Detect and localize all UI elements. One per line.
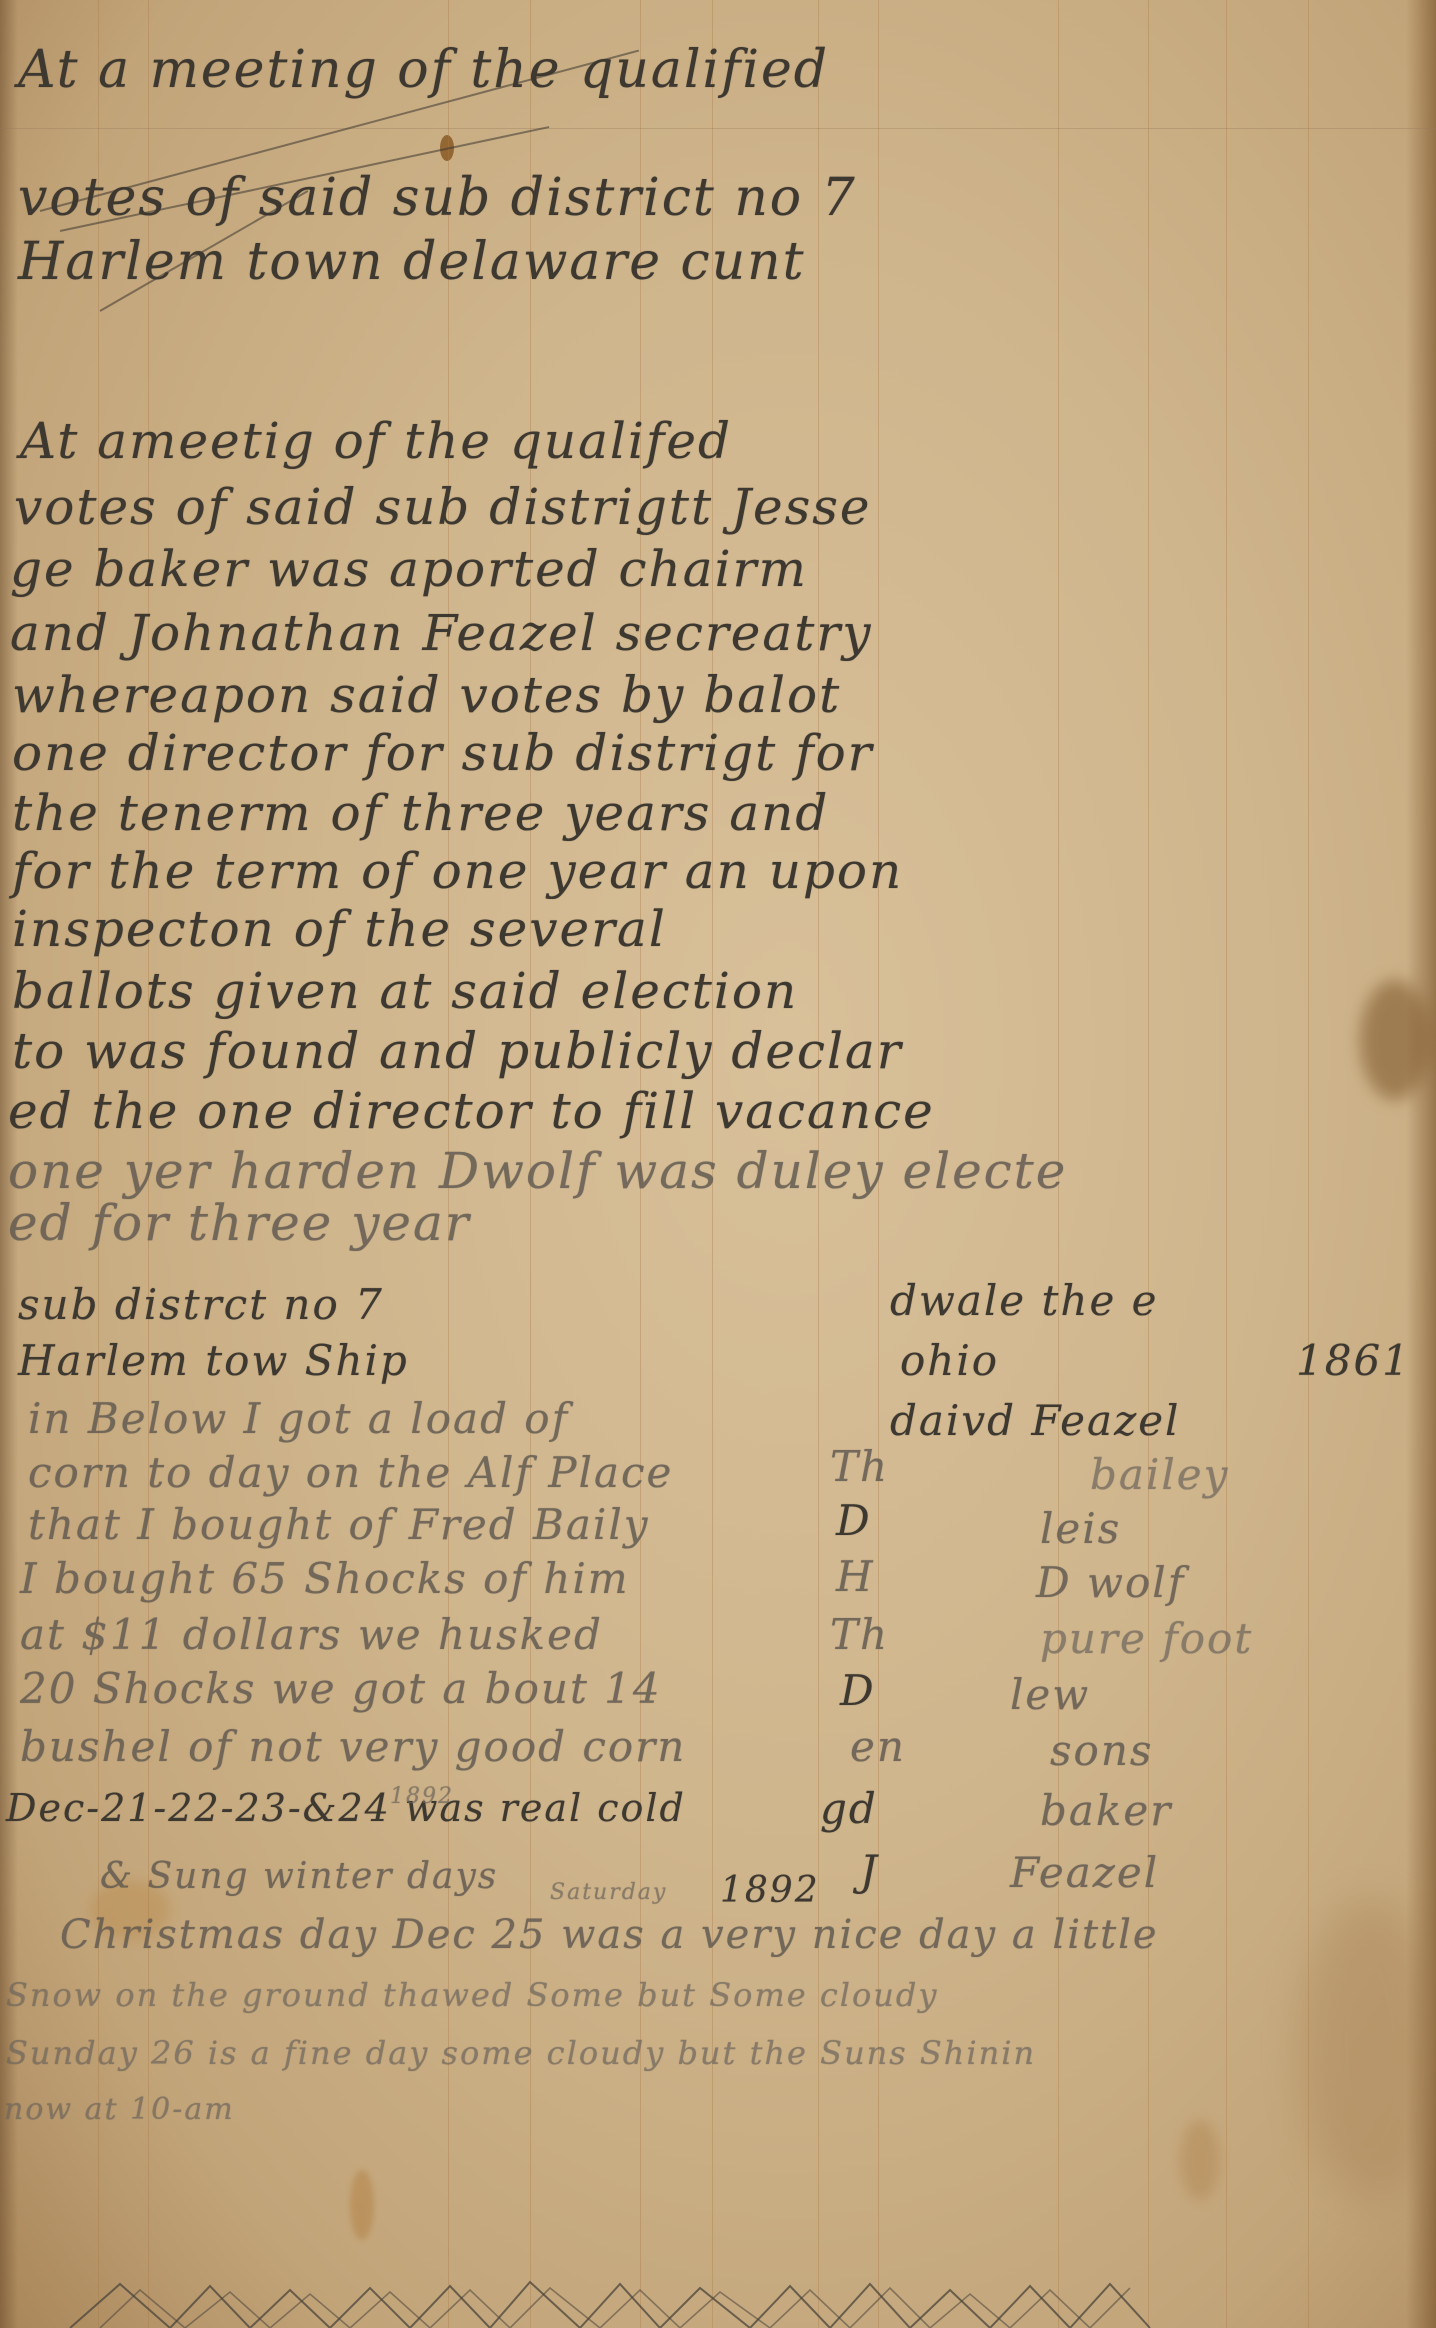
minutes-line: to was found and publicly declar [12,1022,903,1080]
overwritten-year: 1892 [390,1784,454,1809]
column-mark: Th [830,1610,889,1659]
ruled-column-line [1308,0,1309,2328]
notes-line: Harlem tow Ship [18,1336,409,1385]
diary-line: Christmas day Dec 25 was a very nice day… [60,1912,1159,1958]
right-column-line: daivd Feazel [890,1396,1180,1445]
water-stain [1180,2120,1220,2200]
header-line-3: Harlem town delaware cunt [18,232,806,292]
ledger-page: At a meeting of the qualified votes of s… [0,0,1436,2328]
minutes-line: one director for sub distrigt for [12,724,874,782]
minutes-line: inspecton of the several [12,900,667,958]
minutes-line: for the term of one year an upon [12,842,903,900]
column-mark: H [836,1552,875,1601]
diary-line: now at 10-am [4,2092,235,2127]
minutes-line: the tenerm of three years and [12,784,829,842]
right-column-line: D wolf [1036,1558,1185,1607]
overwritten-day: Saturday [550,1880,667,1905]
diary-line: Snow on the ground thawed Some but Some … [6,1976,938,2014]
column-mark: Th [830,1442,889,1491]
minutes-line: one yer harden Dwolf was duley electe [8,1142,1067,1200]
column-mark: D [836,1496,872,1545]
minutes-line: whereapon said votes by balot [12,666,841,724]
year-note: 1892 [720,1870,820,1911]
ruled-column-line [1148,0,1149,2328]
notes-line: at $11 dollars we husked [20,1610,603,1659]
column-mark: D [840,1666,876,1715]
ruled-column-line [1226,0,1227,2328]
minutes-line: At ameetig of the qualifed [20,412,732,470]
notes-line: I bought 65 Shocks of him [20,1554,630,1603]
page-edge-shadow-right [1406,0,1436,2328]
right-column-line: sons [1050,1726,1153,1775]
notes-line: 20 Shocks we got a bout 14 [20,1664,662,1713]
notes-line: in Below I got a load of [28,1394,569,1443]
notes-line: corn to day on the Alf Place [28,1448,673,1497]
notes-line: & Sung winter days [100,1856,498,1897]
column-mark: en [850,1722,906,1771]
header-line-1: At a meeting of the qualified [18,40,829,100]
notes-line: bushel of not very good corn [20,1722,686,1771]
minutes-line: ed the one director to fill vacance [8,1082,935,1140]
diary-line: Sunday 26 is a fine day some cloudy but … [6,2034,1036,2072]
column-mark: gd [820,1784,878,1833]
right-column-line: pure foot [1040,1614,1253,1663]
right-column-line: leis [1040,1504,1121,1553]
notes-line: that I bought of Fred Baily [28,1500,650,1549]
right-column-line: dwale the e [890,1276,1159,1325]
ruled-header-line [0,128,1436,129]
right-column-line: ohio [900,1336,999,1385]
notes-line: sub distrct no 7 [18,1280,384,1329]
water-stain [350,2170,374,2240]
zigzag-doodle [60,2280,1160,2328]
minutes-line: votes of said sub distrigtt Jesse [14,478,871,536]
minutes-line: ballots given at said election [12,962,798,1020]
right-column-line: lew [1010,1670,1090,1719]
column-mark: J [860,1846,879,1895]
header-line-2: votes of said sub district no 7 [18,168,857,228]
minutes-line: ge baker was aported chairm [10,540,808,598]
notes-line: Dec-21-22-23-&24 was real cold [6,1786,686,1830]
right-column-line: Feazel [1010,1848,1159,1897]
minutes-line: ed for three year [8,1194,471,1252]
right-column-line: baker [1040,1786,1172,1835]
right-column-year: 1861 [1296,1336,1411,1385]
minutes-line: and Johnathan Feazel secreatry [10,604,872,662]
right-column-line: bailey [1090,1450,1229,1499]
